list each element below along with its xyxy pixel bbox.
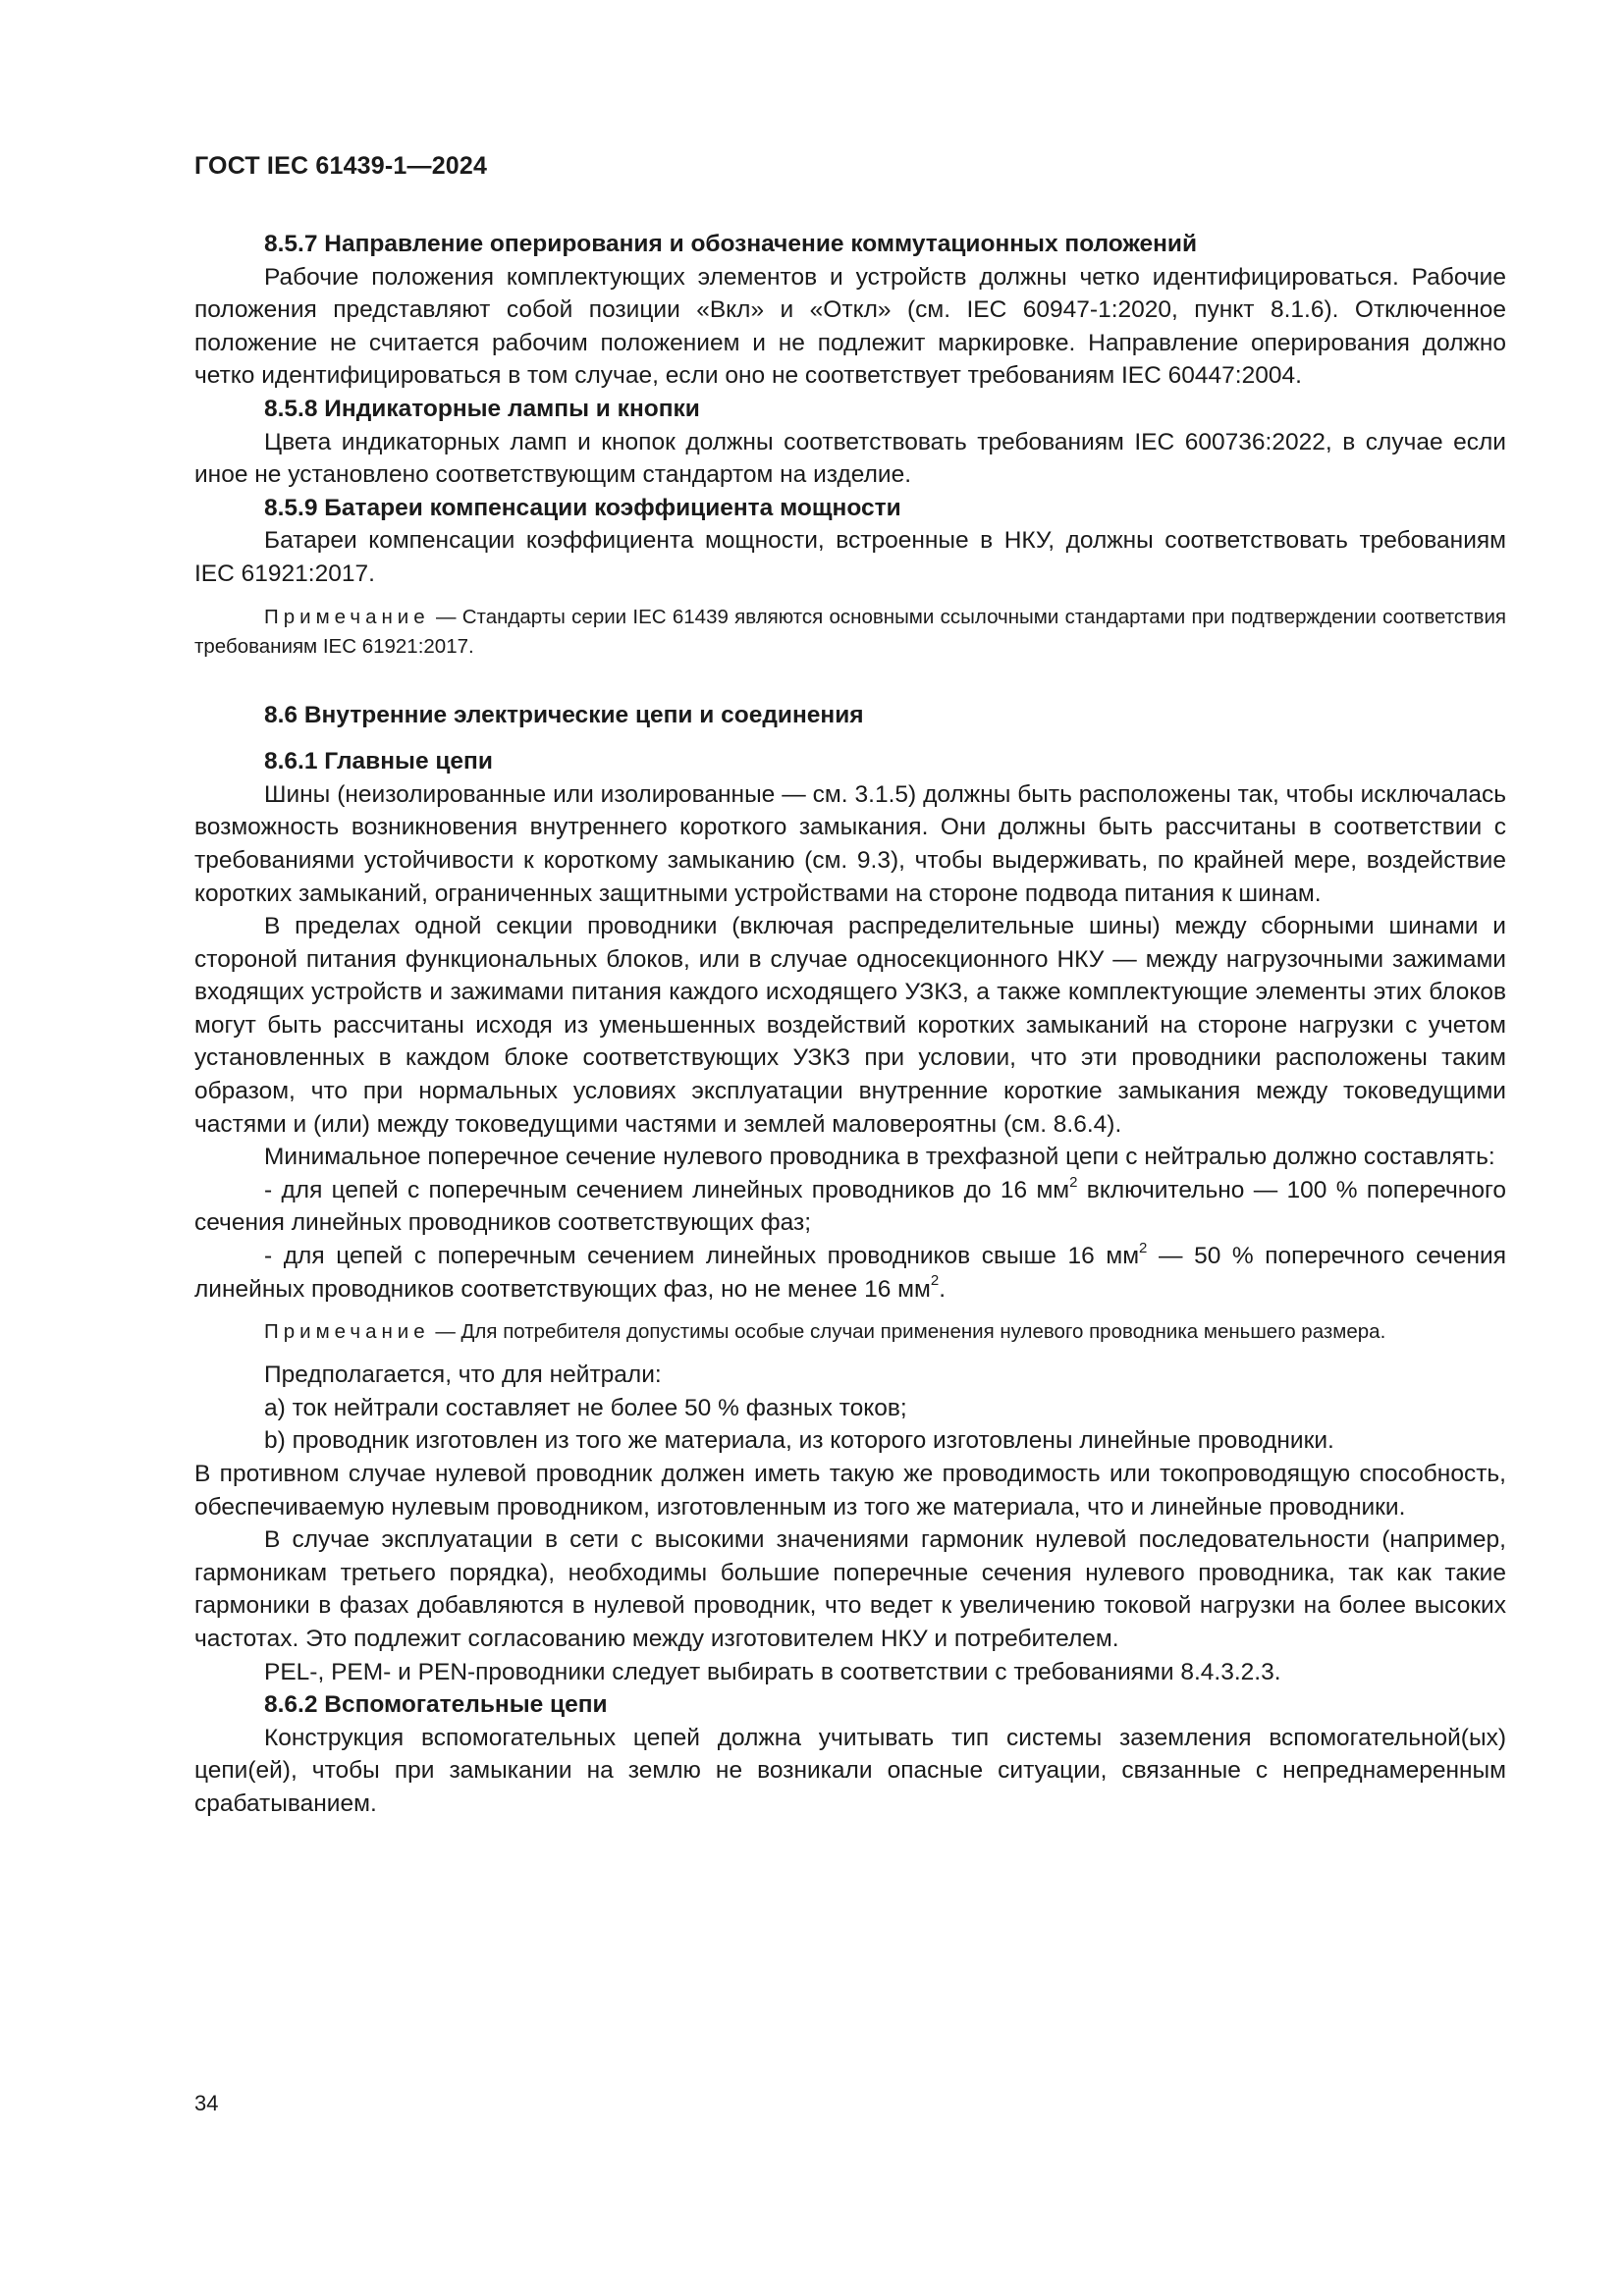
paragraph: Цвета индикаторных ламп и кнопок должны … [194,426,1506,492]
note: Примечание — Стандарты серии IEC 61439 я… [194,603,1506,662]
paragraph: В противном случае нулевой проводник дол… [194,1458,1506,1523]
section-heading-8-6-2: 8.6.2 Вспомогательные цепи [194,1688,1506,1722]
paragraph: Шины (неизолированные или изолированные … [194,778,1506,910]
paragraph: Минимальное поперечное сечение нулевого … [194,1141,1506,1174]
paragraph: В пределах одной секции проводники (вклю… [194,910,1506,1141]
note-label: Примечание [264,1320,430,1343]
page-number: 34 [194,2091,218,2116]
section-heading-8-6-1: 8.6.1 Главные цепи [194,745,1506,778]
list-item: - для цепей с поперечным сечением линейн… [194,1174,1506,1240]
section-heading-8-5-9: 8.5.9 Батареи компенсации коэффициента м… [194,492,1506,525]
paragraph: В случае эксплуатации в сети с высокими … [194,1523,1506,1655]
section-heading-8-5-7: 8.5.7 Направление оперирования и обознач… [194,228,1506,261]
list-item: a) ток нейтрали составляет не более 50 %… [194,1392,1506,1425]
paragraph: Конструкция вспомогательных цепей должна… [194,1722,1506,1821]
paragraph: PEL-, PEM- и PEN-проводники следует выби… [194,1656,1506,1689]
section-heading-8-6: 8.6 Внутренние электрические цепи и соед… [194,699,1506,732]
document-header: ГОСТ IEC 61439-1—2024 [194,152,487,181]
note: Примечание — Для потребителя допустимы о… [194,1317,1506,1347]
paragraph: Рабочие положения комплектующих элементо… [194,261,1506,393]
page-content: 8.5.7 Направление оперирования и обознач… [194,228,1506,1821]
section-heading-8-5-8: 8.5.8 Индикаторные лампы и кнопки [194,393,1506,426]
paragraph: Батареи компенсации коэффициента мощност… [194,524,1506,590]
note-label: Примечание [264,606,430,628]
list-item: b) проводник изготовлен из того же матер… [194,1424,1506,1458]
list-item: - для цепей с поперечным сечением линейн… [194,1240,1506,1306]
paragraph: Предполагается, что для нейтрали: [194,1359,1506,1392]
note-text: — Для потребителя допустимы особые случа… [430,1320,1386,1343]
